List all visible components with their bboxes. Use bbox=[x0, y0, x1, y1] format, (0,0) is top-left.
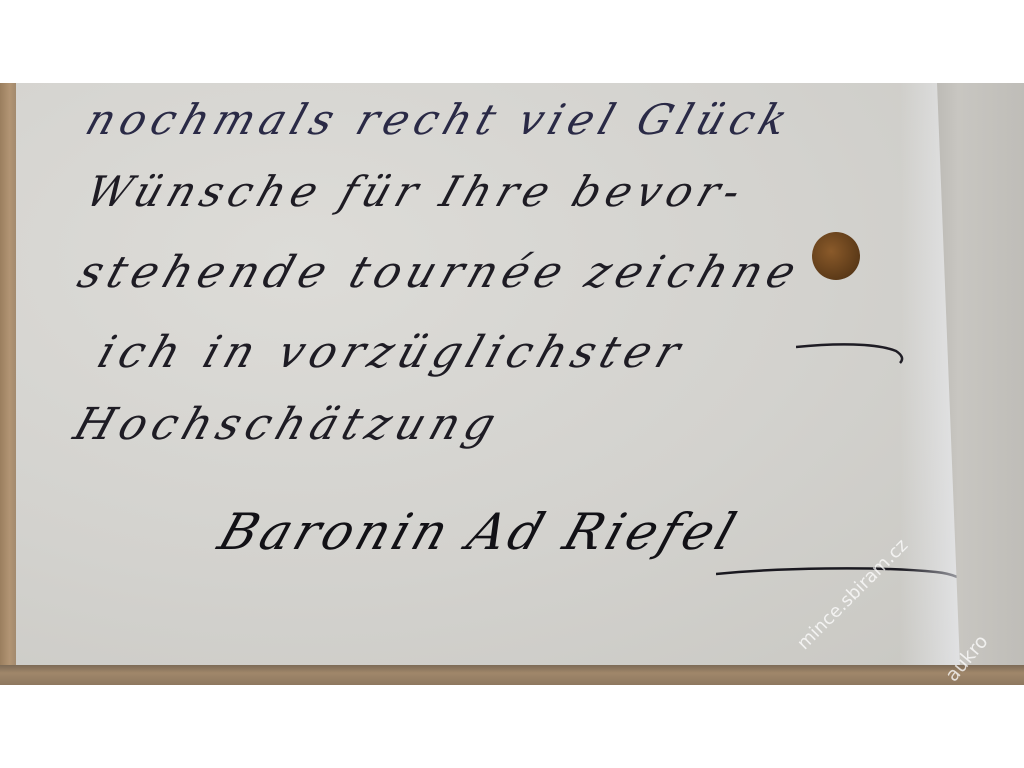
handwriting-line-2: Wünsche für Ihre bevor- bbox=[80, 167, 753, 216]
wooden-surface-left bbox=[0, 83, 16, 685]
letter-photo: nochmals recht viel Glück Wünsche für Ih… bbox=[0, 83, 1024, 685]
letter-sheet: nochmals recht viel Glück Wünsche für Ih… bbox=[16, 83, 960, 667]
line-4-flourish bbox=[796, 341, 906, 371]
handwriting-line-3: stehende tournée zeichne bbox=[72, 247, 808, 298]
punched-hole bbox=[812, 232, 860, 280]
handwriting-line-4: ich in vorzüglichster bbox=[92, 327, 693, 378]
wooden-surface-bottom bbox=[0, 665, 1024, 685]
handwriting-line-1: nochmals recht viel Glück bbox=[80, 95, 800, 144]
handwriting-line-5: Hochschätzung bbox=[68, 399, 508, 450]
signature: Baronin Ad Riefel bbox=[212, 503, 747, 561]
